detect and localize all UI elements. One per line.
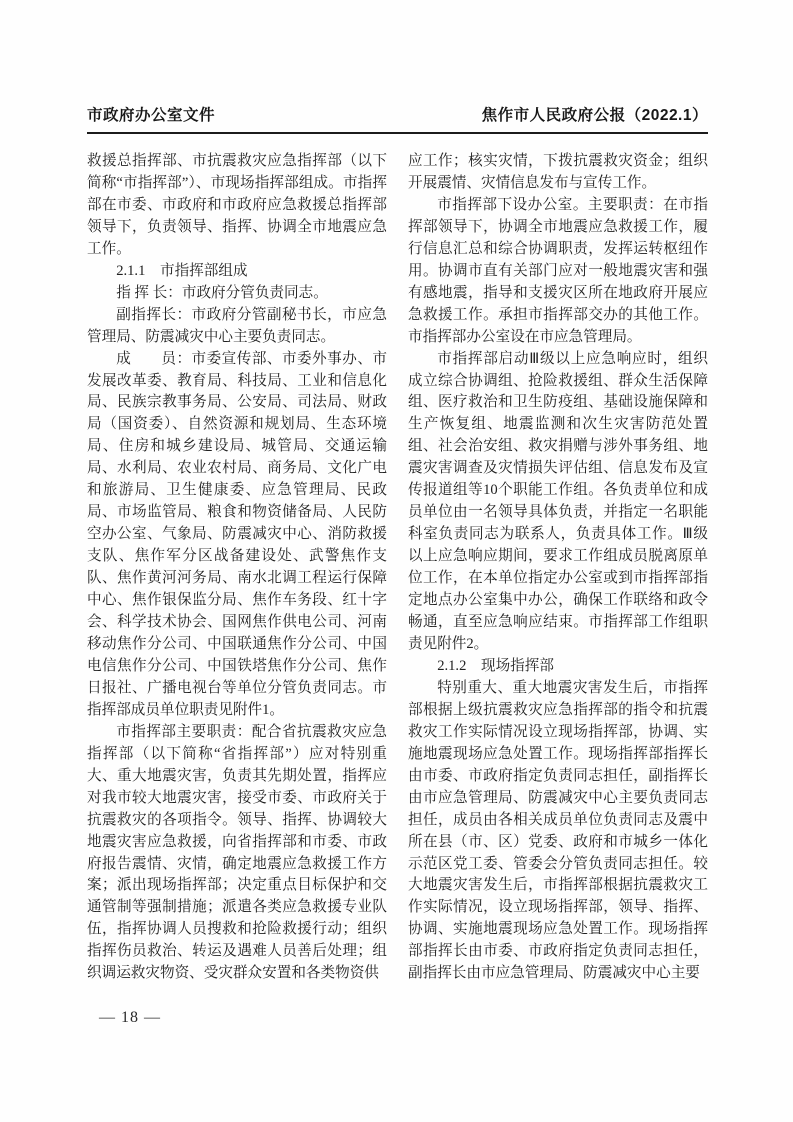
left-column: 救援总指挥部、市抗震救灾应急指挥部（以下简称“市指挥部”）、市现场指挥部组成。市…	[87, 151, 387, 985]
paragraph: 副指挥长：市政府分管副秘书长，市应急管理局、防震减灾中心主要负责同志。	[87, 305, 387, 349]
header-left-title: 市政府办公室文件	[87, 103, 215, 125]
paragraph: 特别重大、重大地震灾害发生后，市指挥部根据上级抗震救灾应急指挥部的指令和抗震救灾…	[408, 678, 708, 985]
paragraph: 市指挥部主要职责：配合省抗震救灾应急指挥部（以下简称“省指挥部”）应对特别重大、…	[87, 722, 387, 985]
paragraph: 市指挥部下设办公室。主要职责：在市指挥部领导下，协调全市地震应急救援工作，履行信…	[408, 195, 708, 349]
paragraph: 应工作；核实灾情，下拨抗震救灾资金；组织开展震情、灾情信息发布与宣传工作。	[408, 151, 708, 195]
paragraph: 市指挥部启动Ⅲ级以上应急响应时，组织成立综合协调组、抢险救援组、群众生活保障组、…	[408, 349, 708, 656]
paragraph: 2.1.1 市指挥部组成	[87, 261, 387, 283]
paragraph: 成 员：市委宣传部、市委外事办、市发展改革委、教育局、科技局、工业和信息化局、民…	[87, 349, 387, 722]
right-column: 应工作；核实灾情，下拨抗震救灾资金；组织开展震情、灾情信息发布与宣传工作。市指挥…	[408, 151, 708, 985]
page-header: 市政府办公室文件 焦作市人民政府公报（2022.1）	[87, 103, 708, 134]
paragraph: 指 挥 长：市政府分管负责同志。	[87, 283, 387, 305]
page-number: — 18 —	[99, 1009, 161, 1027]
header-right-title: 焦作市人民政府公报（2022.1）	[482, 103, 708, 125]
body-columns: 救援总指挥部、市抗震救灾应急指挥部（以下简称“市指挥部”）、市现场指挥部组成。市…	[87, 151, 708, 985]
paragraph: 救援总指挥部、市抗震救灾应急指挥部（以下简称“市指挥部”）、市现场指挥部组成。市…	[87, 151, 387, 261]
gazette-page: 市政府办公室文件 焦作市人民政府公报（2022.1） 救援总指挥部、市抗震救灾应…	[0, 0, 793, 1122]
paragraph: 2.1.2 现场指挥部	[408, 656, 708, 678]
